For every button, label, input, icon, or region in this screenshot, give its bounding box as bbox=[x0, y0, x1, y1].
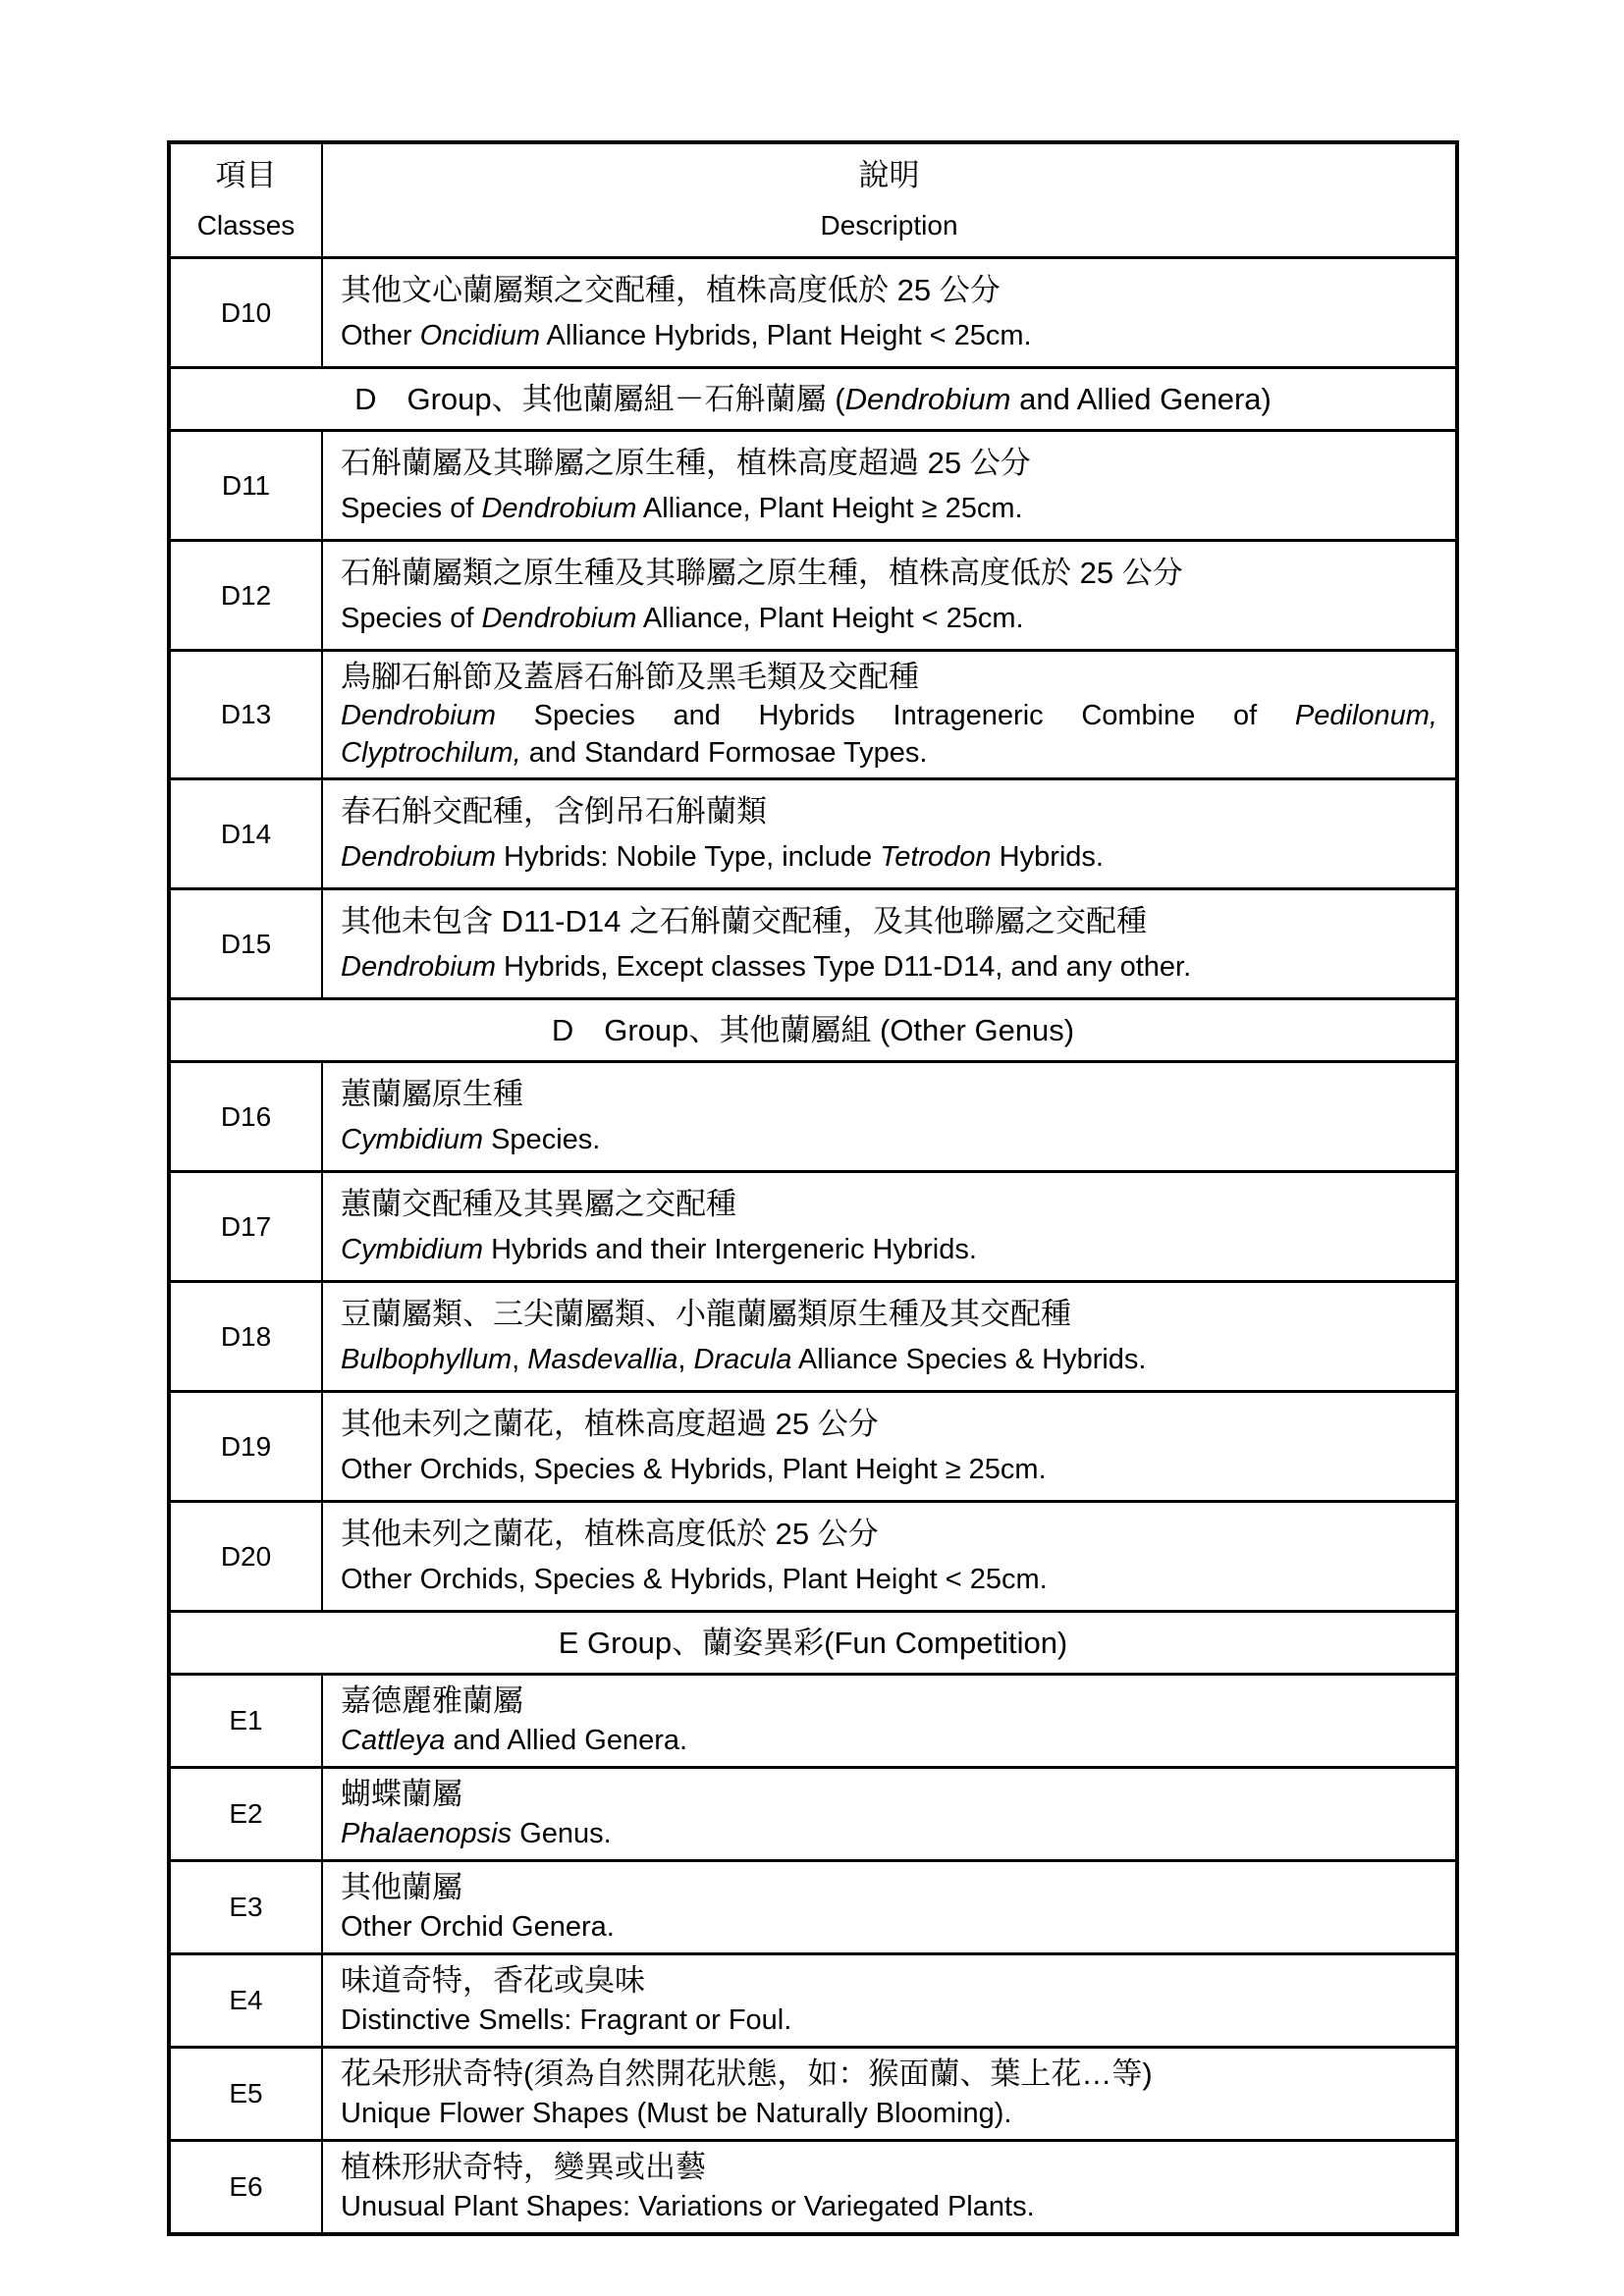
description-en: Distinctive Smells: Fragrant or Foul. bbox=[341, 2001, 1437, 2040]
description-cell: 植株形狀奇特，變異或出藝 Unusual Plant Shapes: Varia… bbox=[323, 2142, 1455, 2232]
description-zh: 春石斛交配種，含倒吊石斛蘭類 bbox=[341, 789, 1437, 834]
description-cell: 春石斛交配種，含倒吊石斛蘭類 Dendrobium Hybrids: Nobil… bbox=[323, 780, 1455, 887]
description-en: Other Oncidium Alliance Hybrids, Plant H… bbox=[341, 313, 1437, 358]
description-en: Other Orchids, Species & Hybrids, Plant … bbox=[341, 1447, 1437, 1492]
description-cell: 蕙蘭屬原生種 Cymbidium Species. bbox=[323, 1063, 1455, 1170]
description-en: Other Orchids, Species & Hybrids, Plant … bbox=[341, 1557, 1437, 1602]
class-id: D18 bbox=[221, 1321, 271, 1353]
description-en: Bulbophyllum, Masdevallia, Dracula Allia… bbox=[341, 1337, 1437, 1382]
table-row: D11 石斛蘭屬及其聯屬之原生種，植株高度超過 25 公分 Species of… bbox=[171, 429, 1455, 539]
class-cell: D15 bbox=[171, 890, 323, 997]
description-cell: 花朵形狀奇特(須為自然開花狀態，如：猴面蘭、葉上花…等) Unique Flow… bbox=[323, 2049, 1455, 2139]
table-row: D14 春石斛交配種，含倒吊石斛蘭類 Dendrobium Hybrids: N… bbox=[171, 777, 1455, 887]
description-cell: 其他文心蘭屬類之交配種，植株高度低於 25 公分 Other Oncidium … bbox=[323, 259, 1455, 366]
description-zh: 鳥腳石斛節及蓋唇石斛節及黑毛類及交配種 bbox=[341, 658, 1437, 697]
group-header-row: D Group、其他蘭屬組 (Other Genus) bbox=[171, 997, 1455, 1060]
description-cell: 其他未列之蘭花，植株高度低於 25 公分 Other Orchids, Spec… bbox=[323, 1503, 1455, 1610]
description-zh: 蝴蝶蘭屬 bbox=[341, 1775, 1437, 1814]
description-cell: 味道奇特，香花或臭味 Distinctive Smells: Fragrant … bbox=[323, 1955, 1455, 2046]
header-description-en: Description bbox=[820, 201, 957, 250]
class-id: E2 bbox=[229, 1798, 262, 1830]
document-page: { "table": { "text_color": "#000000", "b… bbox=[0, 0, 1624, 2296]
description-en-line2: Clyptrochilum, and Standard Formosae Typ… bbox=[341, 734, 1437, 772]
table-row: D19 其他未列之蘭花，植株高度超過 25 公分 Other Orchids, … bbox=[171, 1390, 1455, 1500]
description-cell: 鳥腳石斛節及蓋唇石斛節及黑毛類及交配種 Dendrobium Species a… bbox=[323, 652, 1455, 777]
description-cell: 石斛蘭屬及其聯屬之原生種，植株高度超過 25 公分 Species of Den… bbox=[323, 432, 1455, 539]
class-cell: E4 bbox=[171, 1955, 323, 2046]
header-classes-cell: 項目 Classes bbox=[171, 144, 323, 256]
class-cell: D17 bbox=[171, 1173, 323, 1280]
class-id: E5 bbox=[229, 2078, 262, 2109]
description-zh: 其他未列之蘭花，植株高度低於 25 公分 bbox=[341, 1512, 1437, 1557]
class-id: E1 bbox=[229, 1705, 262, 1736]
description-en: Dendrobium Hybrids: Nobile Type, include… bbox=[341, 834, 1437, 880]
class-cell: D10 bbox=[171, 259, 323, 366]
class-id: D10 bbox=[221, 297, 271, 329]
description-cell: 其他未列之蘭花，植株高度超過 25 公分 Other Orchids, Spec… bbox=[323, 1393, 1455, 1500]
description-en: Dendrobium Species and Hybrids Intragene… bbox=[341, 697, 1437, 734]
description-cell: 其他未包含 D11-D14 之石斛蘭交配種，及其他聯屬之交配種 Dendrobi… bbox=[323, 890, 1455, 997]
header-classes-zh: 項目 bbox=[216, 150, 277, 201]
description-en: Other Orchid Genera. bbox=[341, 1907, 1437, 1947]
table-row: E6 植株形狀奇特，變異或出藝 Unusual Plant Shapes: Va… bbox=[171, 2139, 1455, 2232]
description-en: Unusual Plant Shapes: Variations or Vari… bbox=[341, 2187, 1437, 2226]
description-zh: 其他文心蘭屬類之交配種，植株高度低於 25 公分 bbox=[341, 268, 1437, 313]
table-row: D20 其他未列之蘭花，植株高度低於 25 公分 Other Orchids, … bbox=[171, 1500, 1455, 1610]
description-zh: 植株形狀奇特，變異或出藝 bbox=[341, 2148, 1437, 2187]
description-en: Cymbidium Hybrids and their Intergeneric… bbox=[341, 1227, 1437, 1272]
table-row: E5 花朵形狀奇特(須為自然開花狀態，如：猴面蘭、葉上花…等) Unique F… bbox=[171, 2046, 1455, 2139]
table-body: D10 其他文心蘭屬類之交配種，植株高度低於 25 公分 Other Oncid… bbox=[171, 256, 1455, 2232]
description-en: Cymbidium Species. bbox=[341, 1117, 1437, 1162]
table-row: D12 石斛蘭屬類之原生種及其聯屬之原生種，植株高度低於 25 公分 Speci… bbox=[171, 539, 1455, 649]
table-header-row: 項目 Classes 說明 Description bbox=[171, 144, 1455, 256]
class-cell: E2 bbox=[171, 1769, 323, 1859]
description-cell: 蕙蘭交配種及其異屬之交配種 Cymbidium Hybrids and thei… bbox=[323, 1173, 1455, 1280]
table-row: D17 蕙蘭交配種及其異屬之交配種 Cymbidium Hybrids and … bbox=[171, 1170, 1455, 1280]
table-row: D13 鳥腳石斛節及蓋唇石斛節及黑毛類及交配種 Dendrobium Speci… bbox=[171, 649, 1455, 777]
table-row: D10 其他文心蘭屬類之交配種，植株高度低於 25 公分 Other Oncid… bbox=[171, 256, 1455, 366]
class-cell: D16 bbox=[171, 1063, 323, 1170]
description-zh: 其他蘭屬 bbox=[341, 1868, 1437, 1907]
class-id: D13 bbox=[221, 699, 271, 730]
description-zh: 蕙蘭交配種及其異屬之交配種 bbox=[341, 1182, 1437, 1227]
class-id: E6 bbox=[229, 2171, 262, 2203]
description-cell: 嘉德麗雅蘭屬 Cattleya and Allied Genera. bbox=[323, 1676, 1455, 1766]
description-en: Species of Dendrobium Alliance, Plant He… bbox=[341, 596, 1437, 641]
header-description-cell: 說明 Description bbox=[323, 144, 1455, 256]
header-description-zh: 說明 bbox=[859, 150, 920, 201]
description-cell: 其他蘭屬 Other Orchid Genera. bbox=[323, 1862, 1455, 1952]
class-cell: E6 bbox=[171, 2142, 323, 2232]
class-cell: E1 bbox=[171, 1676, 323, 1766]
table-row: D18 豆蘭屬類、三尖蘭屬類、小龍蘭屬類原生種及其交配種 Bulbophyllu… bbox=[171, 1280, 1455, 1390]
description-zh: 味道奇特，香花或臭味 bbox=[341, 1961, 1437, 2001]
description-zh: 其他未包含 D11-D14 之石斛蘭交配種，及其他聯屬之交配種 bbox=[341, 899, 1437, 944]
description-zh: 嘉德麗雅蘭屬 bbox=[341, 1682, 1437, 1721]
description-cell: 豆蘭屬類、三尖蘭屬類、小龍蘭屬類原生種及其交配種 Bulbophyllum, M… bbox=[323, 1283, 1455, 1390]
description-zh: 石斛蘭屬類之原生種及其聯屬之原生種，植株高度低於 25 公分 bbox=[341, 551, 1437, 596]
group-label: D Group、其他蘭屬組－石斛蘭屬 (Dendrobium and Allie… bbox=[171, 380, 1455, 419]
header-classes-en: Classes bbox=[197, 201, 296, 250]
table-row: E1 嘉德麗雅蘭屬 Cattleya and Allied Genera. bbox=[171, 1673, 1455, 1766]
table-row: E2 蝴蝶蘭屬 Phalaenopsis Genus. bbox=[171, 1766, 1455, 1859]
class-cell: D20 bbox=[171, 1503, 323, 1610]
class-cell: E3 bbox=[171, 1862, 323, 1952]
class-cell: D12 bbox=[171, 542, 323, 649]
description-cell: 蝴蝶蘭屬 Phalaenopsis Genus. bbox=[323, 1769, 1455, 1859]
description-en: Species of Dendrobium Alliance, Plant He… bbox=[341, 486, 1437, 531]
description-en: Phalaenopsis Genus. bbox=[341, 1814, 1437, 1853]
description-zh: 其他未列之蘭花，植株高度超過 25 公分 bbox=[341, 1402, 1437, 1447]
class-id: D14 bbox=[221, 819, 271, 850]
class-cell: E5 bbox=[171, 2049, 323, 2139]
class-id: E4 bbox=[229, 1985, 262, 2016]
table-row: D16 蕙蘭屬原生種 Cymbidium Species. bbox=[171, 1060, 1455, 1170]
description-zh: 蕙蘭屬原生種 bbox=[341, 1072, 1437, 1117]
description-en: Dendrobium Hybrids, Except classes Type … bbox=[341, 944, 1437, 989]
group-label: E Group、蘭姿異彩(Fun Competition) bbox=[171, 1624, 1455, 1663]
class-id: D17 bbox=[221, 1211, 271, 1243]
class-id: E3 bbox=[229, 1892, 262, 1923]
table-row: E4 味道奇特，香花或臭味 Distinctive Smells: Fragra… bbox=[171, 1952, 1455, 2046]
class-id: D12 bbox=[221, 580, 271, 612]
class-id: D15 bbox=[221, 929, 271, 960]
group-header-row: E Group、蘭姿異彩(Fun Competition) bbox=[171, 1610, 1455, 1673]
description-en: Unique Flower Shapes (Must be Naturally … bbox=[341, 2094, 1437, 2133]
class-id: D20 bbox=[221, 1541, 271, 1573]
class-cell: D11 bbox=[171, 432, 323, 539]
classes-table: 項目 Classes 說明 Description D10 其他文心蘭屬類之交配… bbox=[167, 140, 1459, 2236]
class-id: D16 bbox=[221, 1101, 271, 1133]
table-row: E3 其他蘭屬 Other Orchid Genera. bbox=[171, 1859, 1455, 1952]
class-cell: D14 bbox=[171, 780, 323, 887]
group-label: D Group、其他蘭屬組 (Other Genus) bbox=[171, 1011, 1455, 1050]
description-cell: 石斛蘭屬類之原生種及其聯屬之原生種，植株高度低於 25 公分 Species o… bbox=[323, 542, 1455, 649]
class-cell: D18 bbox=[171, 1283, 323, 1390]
class-cell: D19 bbox=[171, 1393, 323, 1500]
description-en: Cattleya and Allied Genera. bbox=[341, 1721, 1437, 1760]
description-zh: 花朵形狀奇特(須為自然開花狀態，如：猴面蘭、葉上花…等) bbox=[341, 2055, 1437, 2094]
description-zh: 豆蘭屬類、三尖蘭屬類、小龍蘭屬類原生種及其交配種 bbox=[341, 1292, 1437, 1337]
class-id: D19 bbox=[221, 1431, 271, 1463]
description-zh: 石斛蘭屬及其聯屬之原生種，植株高度超過 25 公分 bbox=[341, 441, 1437, 486]
group-header-row: D Group、其他蘭屬組－石斛蘭屬 (Dendrobium and Allie… bbox=[171, 366, 1455, 429]
table-row: D15 其他未包含 D11-D14 之石斛蘭交配種，及其他聯屬之交配種 Dend… bbox=[171, 887, 1455, 997]
class-id: D11 bbox=[222, 470, 270, 502]
class-cell: D13 bbox=[171, 652, 323, 777]
